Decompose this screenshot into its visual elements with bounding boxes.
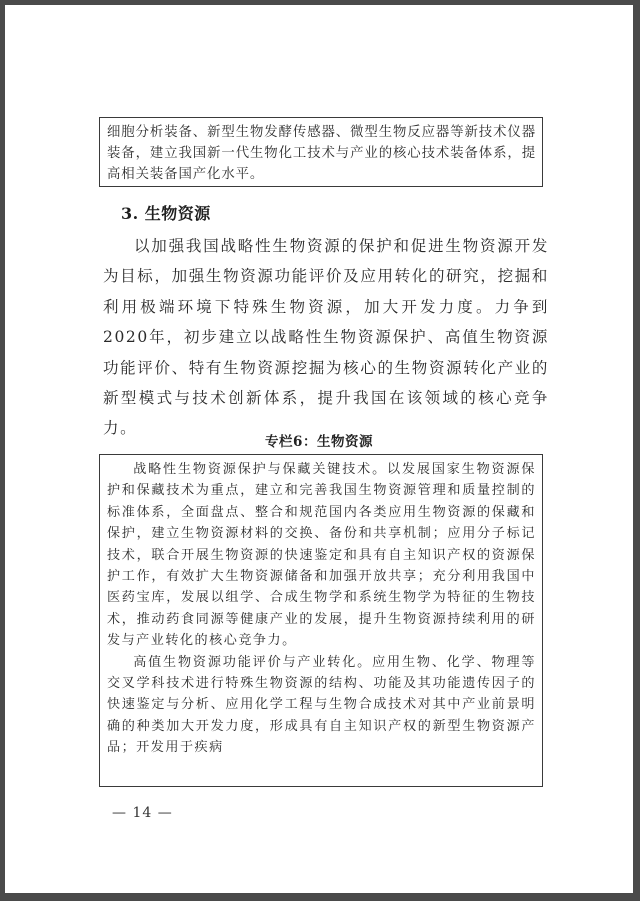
column-paragraph: 高值生物资源功能评价与产业转化。应用生物、化学、物理等交叉学科技术进行特殊生物资…	[107, 652, 536, 759]
document-viewer-frame: 细胞分析装备、新型生物发酵传感器、微型生物反应器等新技术仪器装备，建立我国新一代…	[0, 0, 640, 901]
section-paragraph: 以加强我国战略性生物资源的保护和促进生物资源开发为目标，加强生物资源功能评价及应…	[103, 231, 549, 444]
continued-column-box: 细胞分析装备、新型生物发酵传感器、微型生物反应器等新技术仪器装备，建立我国新一代…	[99, 117, 543, 187]
section-heading: 3. 生物资源	[121, 201, 211, 224]
column-box-biological-resources: 战略性生物资源保护与保藏关键技术。以发展国家生物资源保护和保藏技术为重点，建立和…	[99, 454, 543, 787]
column-box-text: 细胞分析装备、新型生物发酵传感器、微型生物反应器等新技术仪器装备，建立我国新一代…	[107, 122, 536, 185]
column-paragraph: 战略性生物资源保护与保藏关键技术。以发展国家生物资源保护和保藏技术为重点，建立和…	[107, 459, 536, 652]
document-page: 细胞分析装备、新型生物发酵传感器、微型生物反应器等新技术仪器装备，建立我国新一代…	[5, 5, 633, 893]
column-caption: 专栏6：生物资源	[5, 430, 633, 450]
page-number: — 14 —	[112, 805, 173, 821]
section-body: 以加强我国战略性生物资源的保护和促进生物资源开发为目标，加强生物资源功能评价及应…	[103, 231, 549, 444]
